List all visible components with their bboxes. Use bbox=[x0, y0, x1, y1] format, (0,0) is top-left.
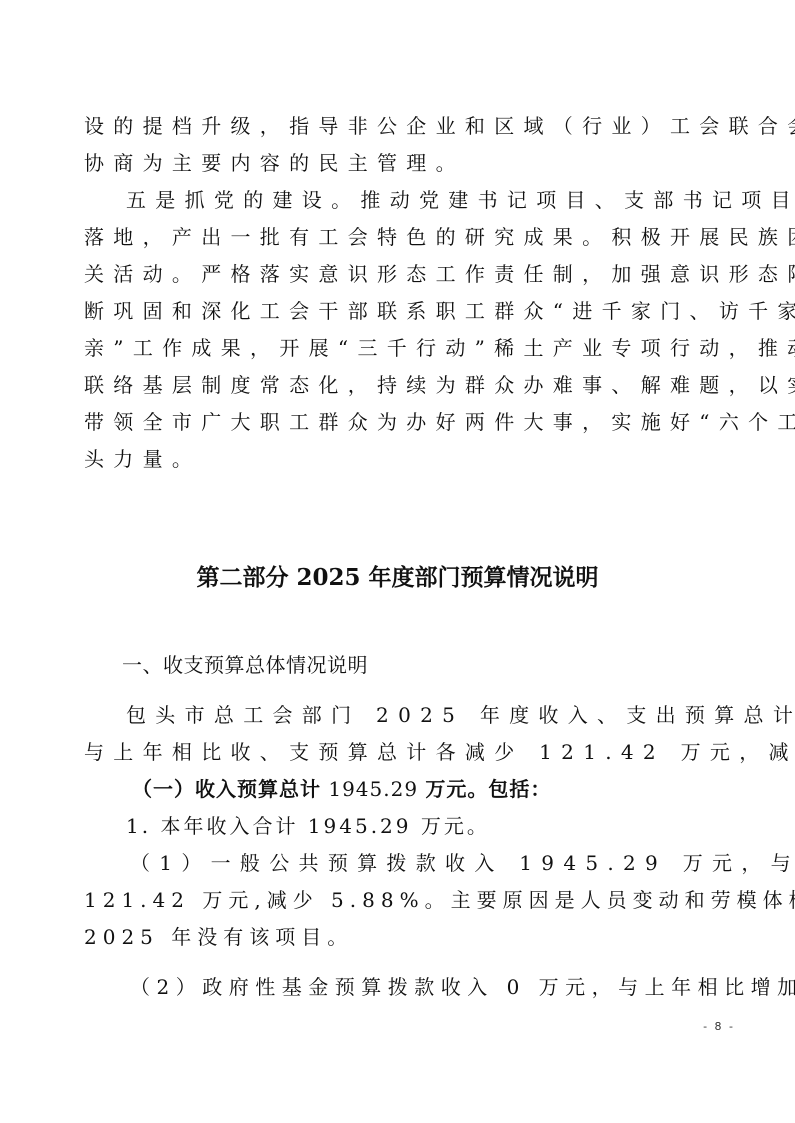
paragraph-line: 落地，产出一批有工会特色的研究成果。积极开展民族团结创建进机 bbox=[84, 223, 795, 251]
income-heading-suffix: 万元。包括： bbox=[425, 777, 551, 801]
income-heading: （一）收入预算总计 1945.29 万元。包括： bbox=[132, 775, 551, 803]
paragraph-line: 2025 年没有该项目。 bbox=[84, 923, 353, 951]
document-page: 设的提档升级，指导非公企业和区域（行业）工会联合会开展以集体 协商为主要内容的民… bbox=[0, 0, 795, 1123]
paragraph-line: 头力量。 bbox=[84, 445, 201, 473]
paragraph-line: 与上年相比收、支预算总计各减少 121.42 万元，减少 5.88%。其中： bbox=[84, 738, 795, 766]
part-title: 第二部分 2025 年度部门预算情况说明 bbox=[0, 559, 795, 592]
paragraph-line: 协商为主要内容的民主管理。 bbox=[84, 149, 465, 177]
paragraph-line: 关活动。严格落实意识形态工作责任制，加强意识形态阵地管理。不 bbox=[84, 260, 795, 288]
paragraph-line: 带领全市广大职工群众为办好两件大事，实施好“六个工程”贡献包 bbox=[84, 408, 795, 436]
paragraph-line: 设的提档升级，指导非公企业和区域（行业）工会联合会开展以集体 bbox=[84, 112, 795, 140]
income-heading-amount: 1945.29 bbox=[321, 777, 425, 801]
paragraph-line: 亲”工作成果，开展“三千行动”稀土产业专项行动，推动领导干部 bbox=[84, 334, 795, 362]
paragraph-line: （2）政府性基金预算拨款收入 0 万元，与上年相比增加（减少） bbox=[130, 973, 795, 1001]
item-1: 1. 本年收入合计 1945.29 万元。 bbox=[126, 812, 490, 840]
paragraph-line: （1）一般公共预算拨款收入 1945.29 万元，与上年相比减少 bbox=[130, 849, 795, 877]
paragraph-line: 断巩固和深化工会干部联系职工群众“进千家门、访千家情、结千家 bbox=[84, 297, 795, 325]
paragraph-line: 包头市总工会部门 2025 年度收入、支出预算总计 1945.29 万元， bbox=[126, 701, 795, 729]
section-heading: 一、收支预算总体情况说明 bbox=[122, 649, 368, 678]
paragraph-line: 五是抓党的建设。推动党建书记项目、支部书记项目等课题落实 bbox=[126, 186, 795, 214]
page-number: - 8 - bbox=[703, 1020, 735, 1033]
paragraph-line: 联络基层制度常态化，持续为群众办难事、解难题，以实际行动团结 bbox=[84, 371, 795, 399]
income-heading-prefix: （一）收入预算总计 bbox=[132, 777, 321, 801]
paragraph-line: 121.42 万元,减少 5.88%。主要原因是人员变动和劳模体检两年一次， bbox=[84, 886, 795, 914]
